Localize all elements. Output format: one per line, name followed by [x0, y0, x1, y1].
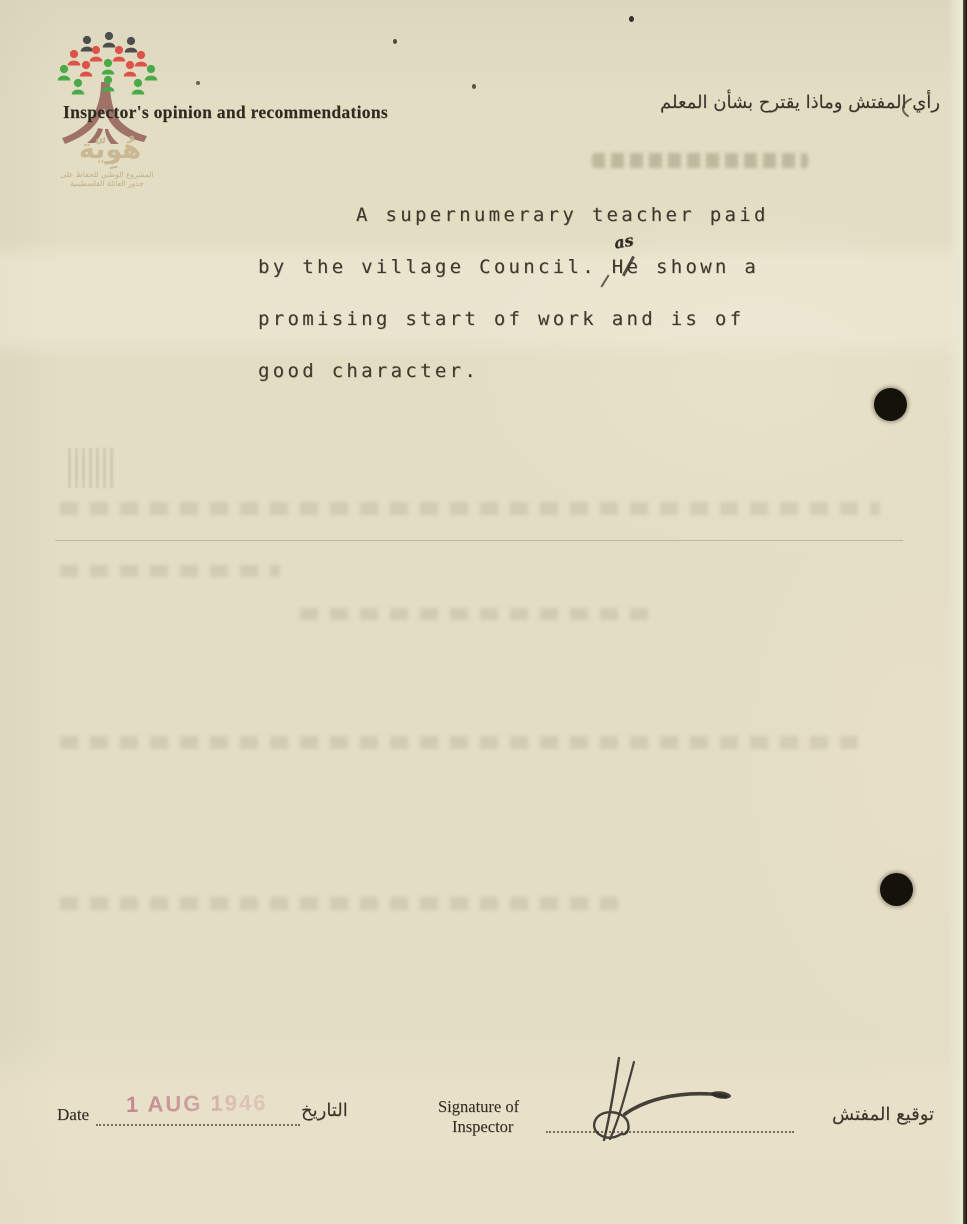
faint-form-rule — [55, 540, 903, 541]
remark-line-3: promising start of work and is of — [258, 308, 744, 330]
form-title-arabic: رأي المفتش وماذا يقترح بشأن المعلم — [600, 92, 940, 113]
inspector-signature — [575, 1052, 755, 1147]
date-label: Date — [57, 1105, 89, 1125]
date-dotted-line — [96, 1122, 300, 1126]
remark-line-1: A supernumerary teacher paid — [356, 204, 769, 226]
form-title-english: Inspector's opinion and recommendations — [63, 102, 388, 123]
date-label-arabic: التاريخ — [301, 1100, 348, 1121]
ink-speck — [472, 84, 476, 89]
bleedthrough-row-5 — [60, 897, 620, 910]
remark-line-2-before: by the village Council. H — [258, 256, 626, 278]
ink-speck — [196, 81, 200, 85]
signature-label-line1: Signature of — [438, 1097, 519, 1117]
scan-edge-highlight — [948, 0, 963, 1224]
date-stamp: 1 AUG 1946 — [126, 1090, 268, 1118]
ink-bleedthrough-smudge — [592, 153, 808, 168]
bleedthrough-row-4 — [60, 736, 860, 749]
signature-label-arabic: توقيع المفتش — [832, 1104, 934, 1125]
paper-smudge — [68, 448, 116, 488]
pen-mark — [897, 96, 917, 120]
ink-speck — [393, 39, 397, 44]
logo-wordmark: هُوِيّة — [70, 134, 150, 165]
handwritten-correction: as — [612, 230, 634, 252]
bleedthrough-row-1 — [60, 502, 880, 515]
hole-punch-bottom — [880, 873, 913, 906]
hole-punch-top — [874, 388, 907, 421]
bleedthrough-row-2 — [60, 565, 280, 577]
signature-label: Signature of Inspector — [438, 1097, 519, 1137]
scanned-document-page: هُوِيّة المشروع الوطني للحفاظ على جذور ا… — [0, 0, 967, 1224]
remark-line-2-after: shown a — [641, 256, 759, 278]
signature-label-line2: Inspector — [438, 1117, 519, 1137]
logo-tagline: المشروع الوطني للحفاظ على جذور العائلة ا… — [42, 170, 172, 188]
bleedthrough-row-3 — [300, 608, 660, 620]
ink-speck — [629, 16, 634, 22]
logo-tagline-line2: جذور العائلة الفلسطينية — [42, 179, 172, 188]
scan-edge-shadow — [963, 0, 967, 1224]
remark-line-2: by the village Council. He shown a — [258, 256, 759, 278]
logo-tagline-line1: المشروع الوطني للحفاظ على — [42, 170, 172, 179]
remark-line-4: good character. — [258, 360, 479, 382]
